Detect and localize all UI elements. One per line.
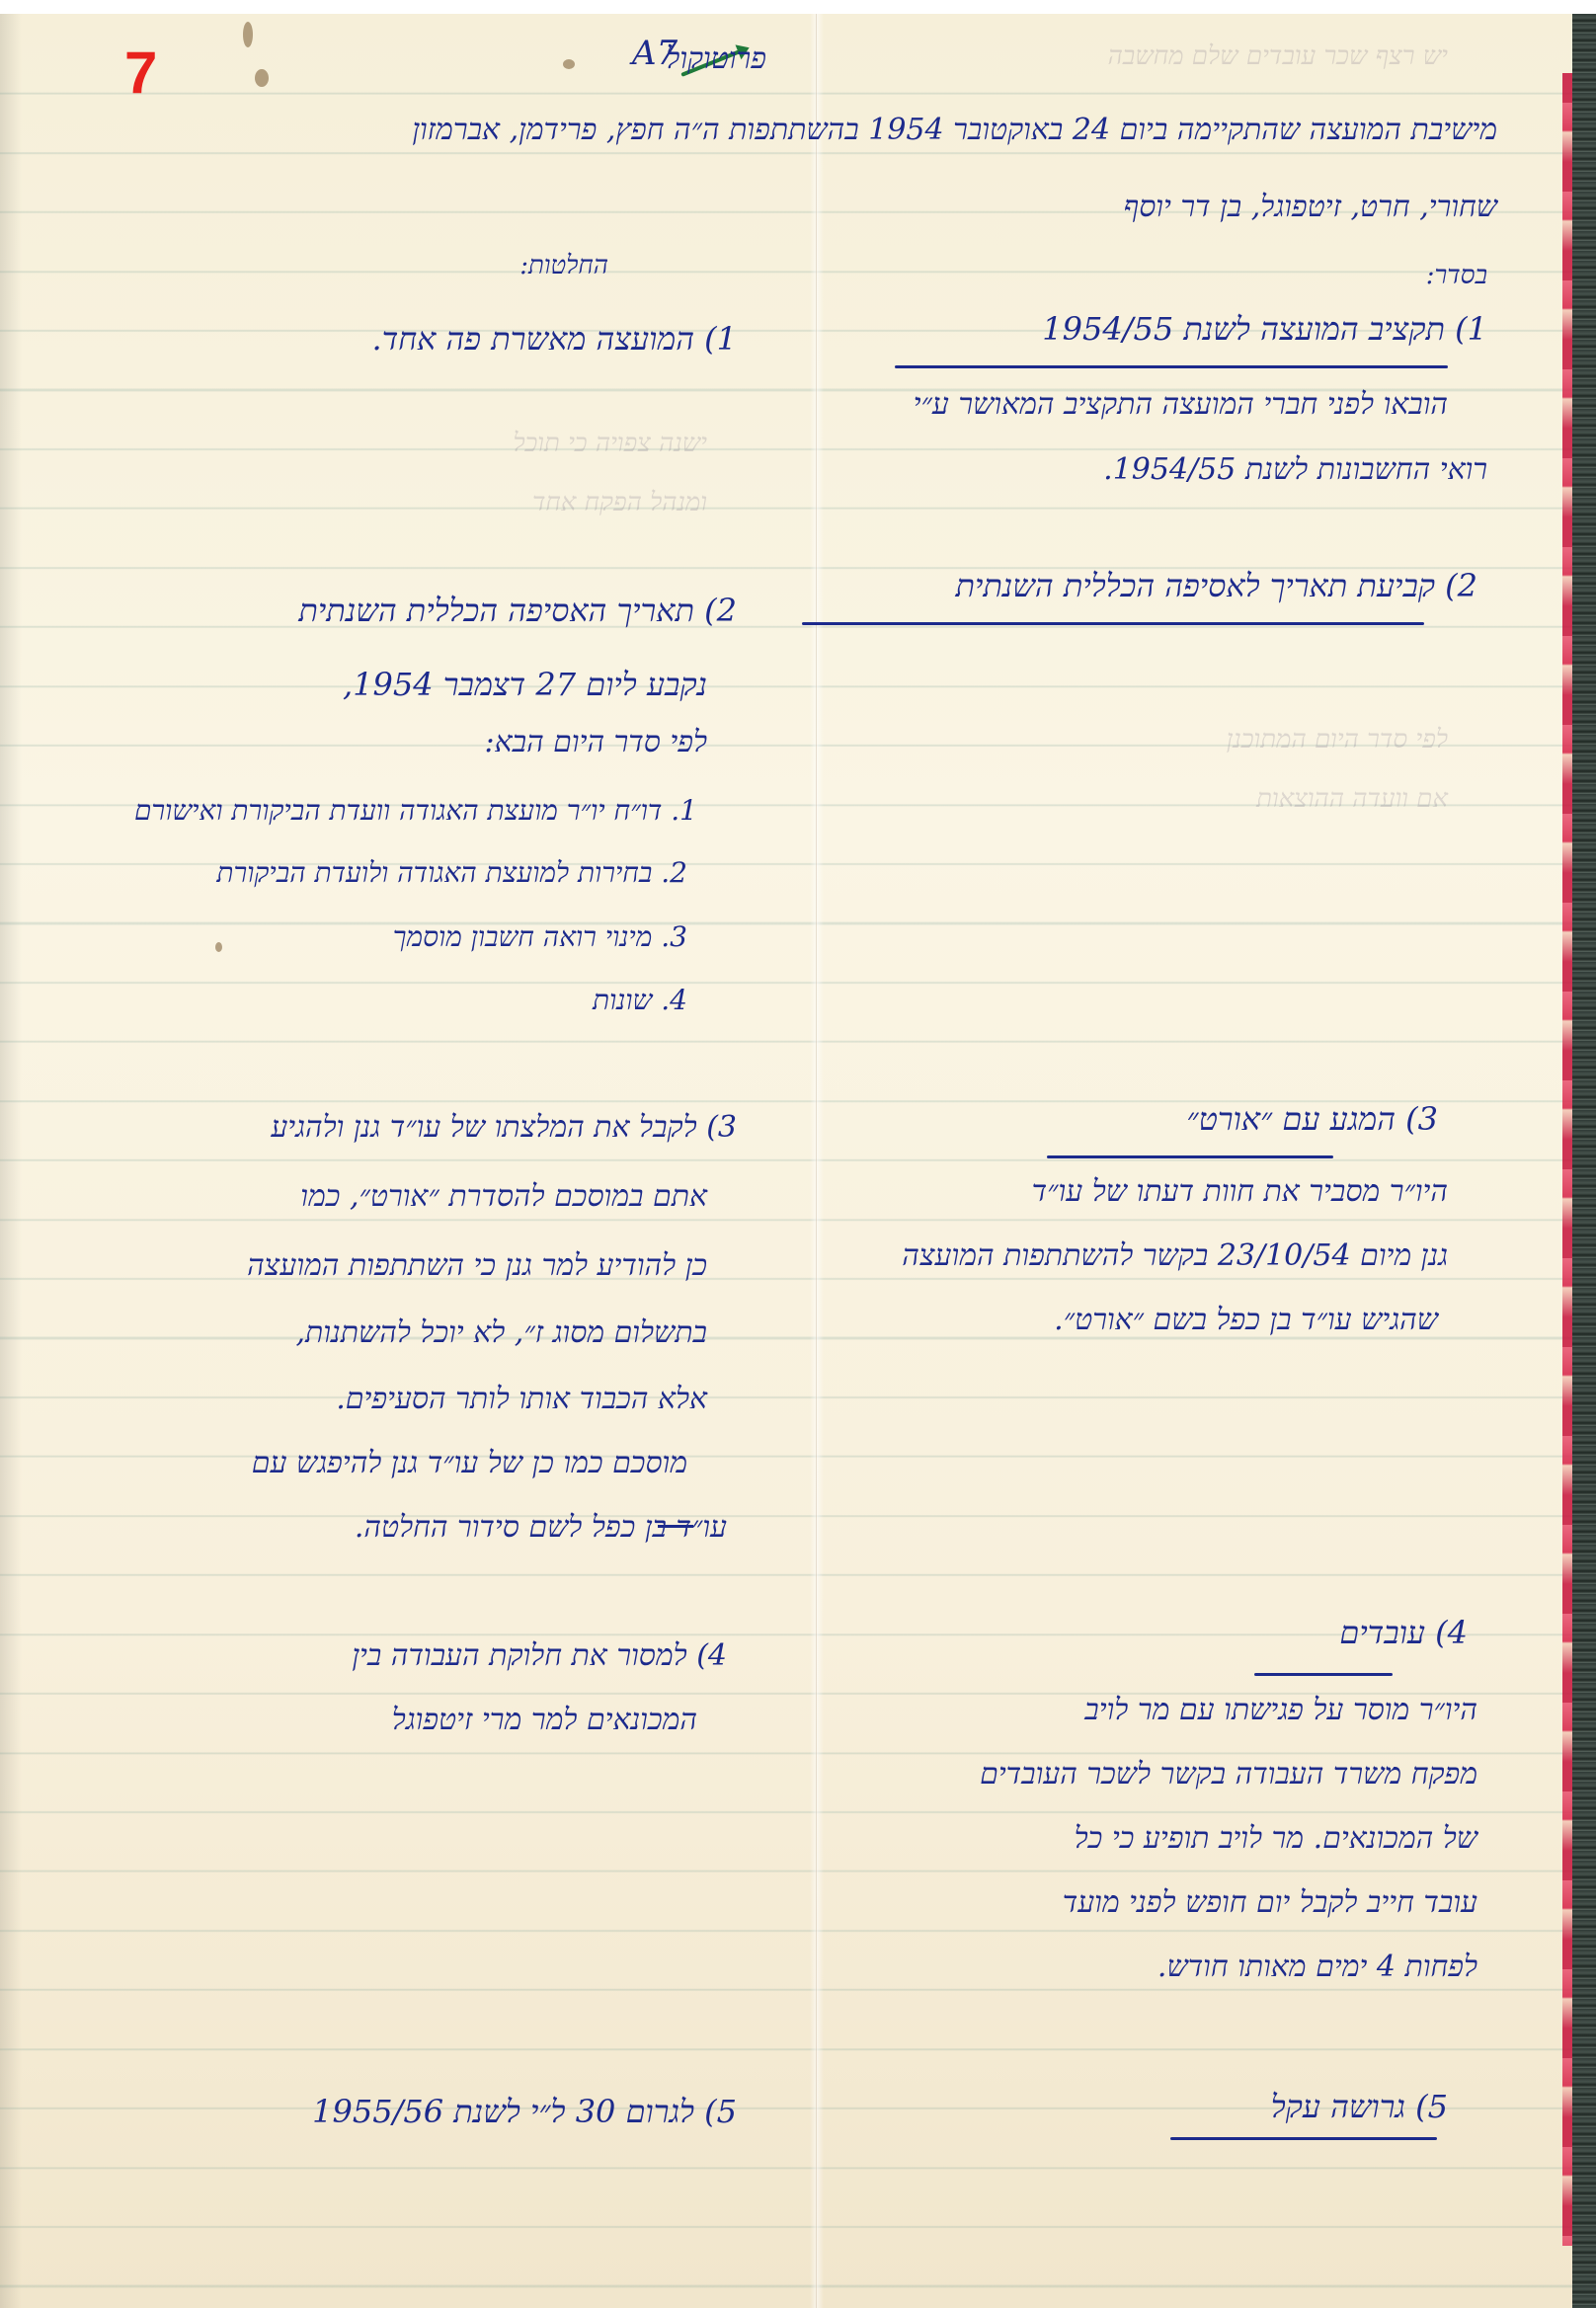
agenda-item-title: 5) גרושה עקל [1271,2088,1448,2125]
decision-line: 4) למסור את חלוקת העבודה בין [352,1638,727,1674]
bleed-through-text: אם וועדה ההוצאות [1256,784,1448,814]
decision-text: לקבל את המלצתו של עו״ד גנן ולהגיע [271,1110,696,1145]
item-body-line: גנן מיום 23/10/54 בקשר להשתתפות המועצה [902,1238,1448,1274]
sub-item-text: מינוי רואה חשבון מוסמך [393,920,653,953]
decision-text: לגרום 30 ל״י לשנת 1955/56 [312,2093,694,2130]
stain [243,22,253,47]
title-underline [1254,1673,1393,1676]
agenda-item-title: 1) תקציב המועצה לשנת 1954/55 [1042,310,1487,348]
decision-line: אלא הכבוד אותו לותר הסעיפים. [336,1382,707,1417]
item-body-line: הובאו לפני חברי המועצה התקציב המאושר ע״י [914,387,1448,423]
decision-text: למסור את חלוקת העבודה בין [352,1638,686,1673]
decision-line: 3) לקבל את המלצתו של עו״ד גנן ולהגיע [271,1110,737,1146]
center-fold [810,14,824,2308]
decision-line: מוסכם כמו כן של עו״ד גנן להיפגש עם [252,1446,687,1481]
item-title: תקציב המועצה לשנת 1954/55 [1042,310,1445,348]
item-body-line: היו״ר מסביר את חוות דעתו של עו״ד [1032,1174,1448,1210]
bleed-through-text: ומנהל הפקח אחד [532,488,707,517]
sub-item-number: 2. [661,856,687,889]
item-number: 3) [1405,1100,1438,1138]
item-title: גרושה עקל [1271,2088,1405,2125]
header-line-1: מישיבת המועצה שהתקיימה ביום 24 באוקטובר … [412,113,1497,148]
stain [255,69,269,87]
title-underline [802,622,1424,625]
sub-item-text: שונות [593,984,652,1016]
agenda-sub-item: 2. בחירות למועצת האגודה ולועדת הביקורת [216,856,687,890]
agenda-sub-item: 1. דו״ח יו״ר מועצת האגודה וועדת הביקורת … [134,794,697,828]
agenda-item-title: 3) המגע עם ״אורט״ [1186,1100,1438,1138]
decision-text: המועצה מאשרת פה אחד. [372,320,694,358]
item-number: 5) [704,2093,737,2130]
item-number: 5) [1415,2088,1448,2125]
item-number: 1) [1455,310,1487,348]
agenda-label: בסדר: [1426,261,1487,291]
decision-line: כן להודיע למר גנן כי השתתפות המועצה [247,1248,707,1284]
item-body-line: היו״ר מוסר על פגישתו עם מר לויב [1084,1693,1477,1728]
bleed-through-text: יש רצף שכר עובדים שלם מחשבה [1108,41,1448,71]
decision-line: בתשלום מסוג ז״, לא יוכל להשתנות, [295,1315,707,1351]
scan-top-border [0,0,1596,14]
center-fold-line [816,14,817,2308]
sub-item-number: 1. [671,794,697,827]
item-title: עובדים [1339,1614,1425,1651]
page-number: 7 [124,43,157,103]
decision-line: 1) המועצה מאשרת פה אחד. [372,320,737,358]
decision-line: לפי סדר היום הבא: [485,725,708,760]
item-number: 4) [696,1638,727,1673]
stain [215,942,222,952]
agenda-item-title: 4) עובדים [1339,1614,1468,1651]
decisions-label: החלטות: [519,251,608,281]
sub-item-text: בחירות למועצת האגודה ולועדת הביקורת [216,856,652,889]
sub-item-text: דו״ח יו״ר מועצת האגודה וועדת הביקורת ואי… [134,794,662,827]
bleed-through-text: לפי סדר היום המתוכנן [1227,725,1448,755]
binding-red-edge [1562,73,1572,2246]
item-number: 3) [706,1110,737,1145]
item-body-line: רואי החשבונות לשנת 1954/55. [1103,452,1487,488]
agenda-sub-item: 3. מינוי רואה חשבון מוסמך [393,920,687,954]
protocol-annotation: פרוטוקול [666,41,766,77]
bleed-through-text: ישנה צפויה כי תוכל [513,429,707,458]
title-underline [895,365,1448,368]
item-body-line: לפחות 4 ימים מאותו חודש. [1157,1950,1477,1985]
decision-line: 2) תאריך האסיפה הכללית השנתית [298,592,737,629]
header-line-2: שחורי, חרט, זיטפוגל, בן דר יוסף [1124,190,1497,225]
agenda-sub-item: 4. שונות [593,984,687,1017]
decision-line: המכונאים למר מרי זיטפוגל [392,1703,697,1738]
decision-line: 5) לגרום 30 ל״י לשנת 1955/56 [312,2093,737,2130]
item-body-line: מפקח משרד העבודה בקשר לשכר העובדים [980,1757,1477,1792]
sub-item-number: 3. [661,920,687,953]
item-number: 2) [704,592,737,629]
item-number: 1) [704,320,737,358]
item-title: קביעת תאריך לאסיפה הכללית השנתית [955,567,1435,604]
item-body-line: של המכונאים. מר לויב תופיע כי כל [1075,1821,1477,1857]
agenda-item-title: 2) קביעת תאריך לאסיפה הכללית השנתית [955,567,1477,604]
title-underline [1047,1155,1333,1158]
notebook-page: יש רצף שכר עובדים שלם מחשבה ישנה צפויה כ… [0,14,1596,2308]
item-body-line: שהגיש עו״ד בן כפל בשם ״אורט״. [1054,1303,1438,1338]
title-underline [1170,2137,1437,2140]
stain [563,59,575,69]
item-body-line: עובד חייב לקבל יום חופש לפני מועד [1063,1885,1477,1921]
sub-item-number: 4. [661,984,687,1016]
decision-line: אתם במוסכם להסדרת ״אורט״, כמו [300,1179,707,1215]
item-title: המגע עם ״אורט״ [1186,1100,1396,1138]
item-number: 4) [1435,1614,1468,1651]
decision-text: תאריך האסיפה הכללית השנתית [298,592,694,629]
decision-line: עו״ד בן כפל לשם סידור החלטה. [355,1510,727,1546]
binding-spine [1572,14,1596,2308]
strikethrough-mark [658,1525,693,1528]
item-number: 2) [1445,567,1477,604]
decision-line: נקבע ליום 27 דצמבר 1954, [343,666,707,703]
